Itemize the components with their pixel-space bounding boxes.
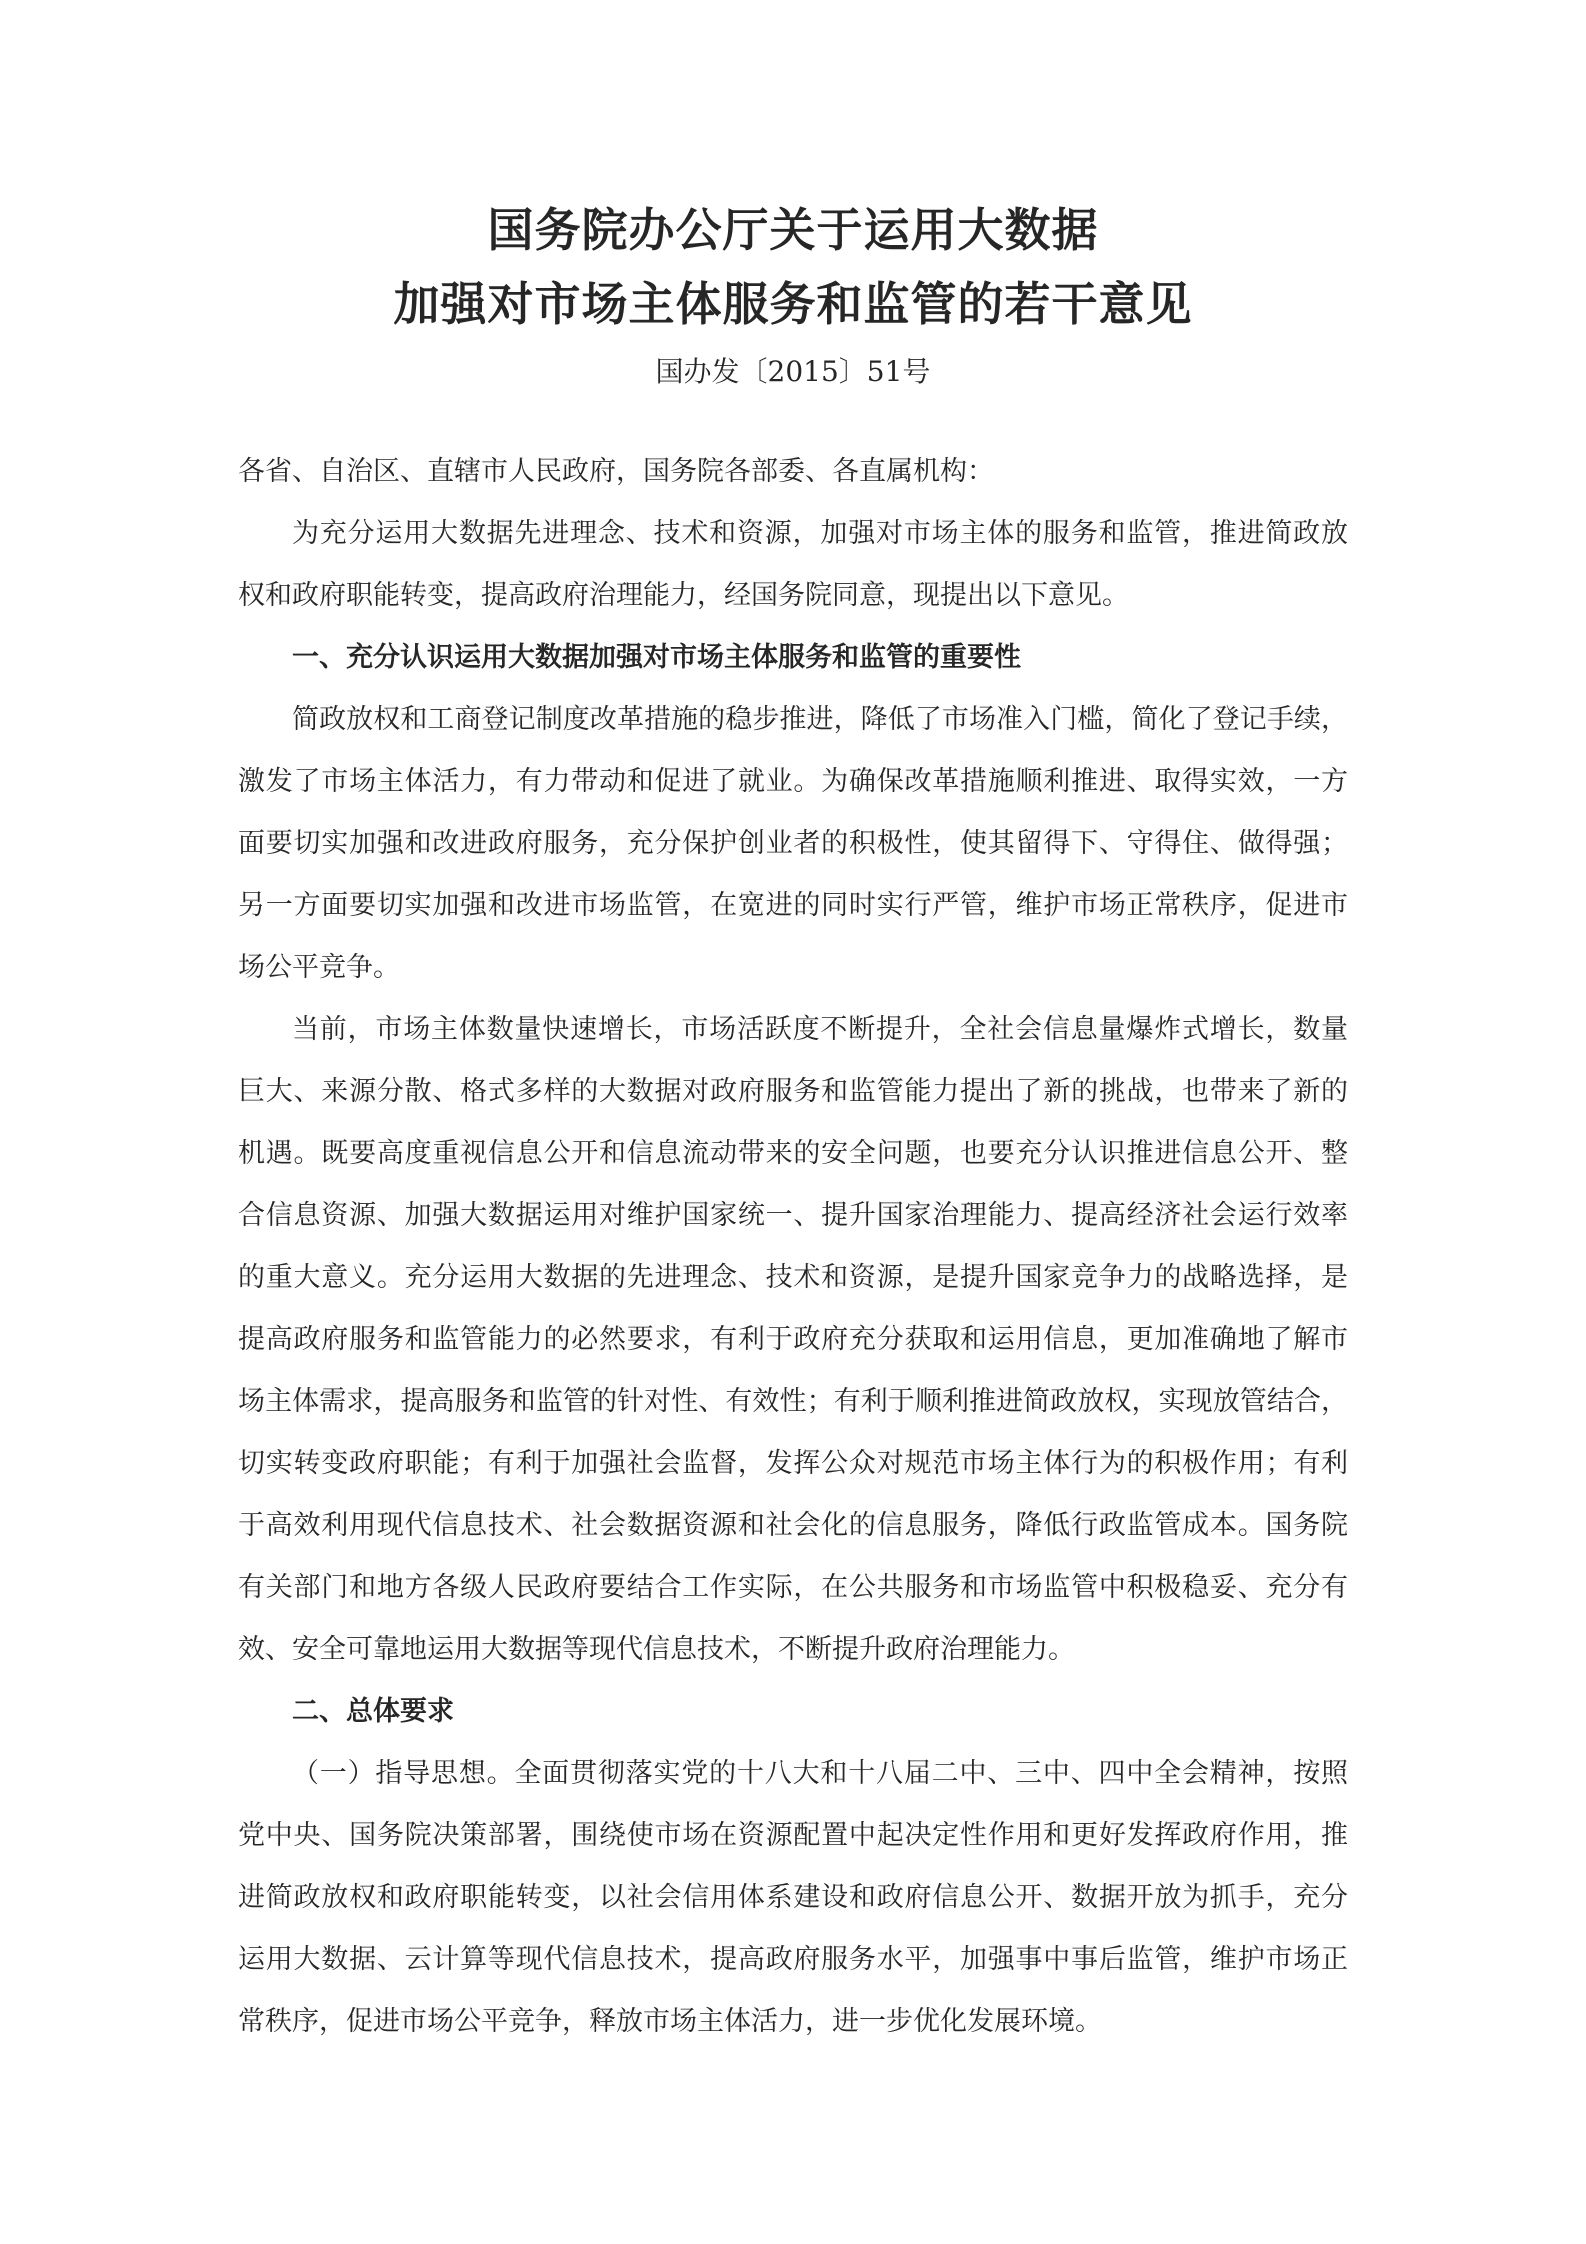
document-number: 国办发〔2015〕51号 [238,350,1348,394]
body-line: 于高效利用现代信息技术、社会数据资源和社会化的信息服务，降低行政监管成本。国务院 [238,1494,1348,1556]
document-page: 国务院办公厅关于运用大数据 加强对市场主体服务和监管的若干意见 国办发〔2015… [0,0,1586,2244]
clause-label: （一）指导思想。 [292,1758,515,1789]
body-line: 运用大数据、云计算等现代信息技术，提高政府服务水平，加强事中事后监管，维护市场正 [238,1928,1348,1990]
section-heading: 一、充分认识运用大数据加强对市场主体服务和监管的重要性 [238,626,1348,688]
body-line: 场公平竞争。 [238,936,1348,998]
body-line: 常秩序，促进市场公平竞争，释放市场主体活力，进一步优化发展环境。 [238,1990,1348,2052]
body-line: 各省、自治区、直辖市人民政府，国务院各部委、各直属机构： [238,440,1348,502]
document-body: 各省、自治区、直辖市人民政府，国务院各部委、各直属机构：为充分运用大数据先进理念… [238,440,1348,2052]
body-line: 机遇。既要高度重视信息公开和信息流动带来的安全问题，也要充分认识推进信息公开、整 [238,1122,1348,1184]
body-line: 进简政放权和政府职能转变，以社会信用体系建设和政府信息公开、数据开放为抓手，充分 [238,1866,1348,1928]
body-line: 当前，市场主体数量快速增长，市场活跃度不断提升，全社会信息量爆炸式增长，数量 [238,998,1348,1060]
body-line: 有关部门和地方各级人民政府要结合工作实际，在公共服务和市场监管中积极稳妥、充分有 [238,1556,1348,1618]
body-line: 场主体需求，提高服务和监管的针对性、有效性；有利于顺利推进简政放权，实现放管结合… [238,1370,1348,1432]
document-content: 国务院办公厅关于运用大数据 加强对市场主体服务和监管的若干意见 国办发〔2015… [0,194,1586,2052]
body-line: （一）指导思想。全面贯彻落实党的十八大和十八届二中、三中、四中全会精神，按照 [238,1742,1348,1804]
body-line: 为充分运用大数据先进理念、技术和资源，加强对市场主体的服务和监管，推进简政放 [238,502,1348,564]
body-line: 面要切实加强和改进政府服务，充分保护创业者的积极性，使其留得下、守得住、做得强； [238,812,1348,874]
body-line: 切实转变政府职能；有利于加强社会监督，发挥公众对规范市场主体行为的积极作用；有利 [238,1432,1348,1494]
body-line: 的重大意义。充分运用大数据的先进理念、技术和资源，是提升国家竞争力的战略选择，是 [238,1246,1348,1308]
document-title-line2: 加强对市场主体服务和监管的若干意见 [238,268,1348,342]
body-line: 提高政府服务和监管能力的必然要求，有利于政府充分获取和运用信息，更加准确地了解市 [238,1308,1348,1370]
body-text: 全面贯彻落实党的十八大和十八届二中、三中、四中全会精神，按照 [515,1758,1349,1788]
body-line: 激发了市场主体活力，有力带动和促进了就业。为确保改革措施顺利推进、取得实效，一方 [238,750,1348,812]
body-line: 另一方面要切实加强和改进市场监管，在宽进的同时实行严管，维护市场正常秩序，促进市 [238,874,1348,936]
body-line: 效、安全可靠地运用大数据等现代信息技术，不断提升政府治理能力。 [238,1618,1348,1680]
body-line: 合信息资源、加强大数据运用对维护国家统一、提升国家治理能力、提高经济社会运行效率 [238,1184,1348,1246]
document-title-line1: 国务院办公厅关于运用大数据 [238,194,1348,268]
body-line: 巨大、来源分散、格式多样的大数据对政府服务和监管能力提出了新的挑战，也带来了新的 [238,1060,1348,1122]
body-line: 权和政府职能转变，提高政府治理能力，经国务院同意，现提出以下意见。 [238,564,1348,626]
body-line: 党中央、国务院决策部署，围绕使市场在资源配置中起决定性作用和更好发挥政府作用，推 [238,1804,1348,1866]
section-heading: 二、总体要求 [238,1680,1348,1742]
body-line: 简政放权和工商登记制度改革措施的稳步推进，降低了市场准入门槛，简化了登记手续， [238,688,1348,750]
